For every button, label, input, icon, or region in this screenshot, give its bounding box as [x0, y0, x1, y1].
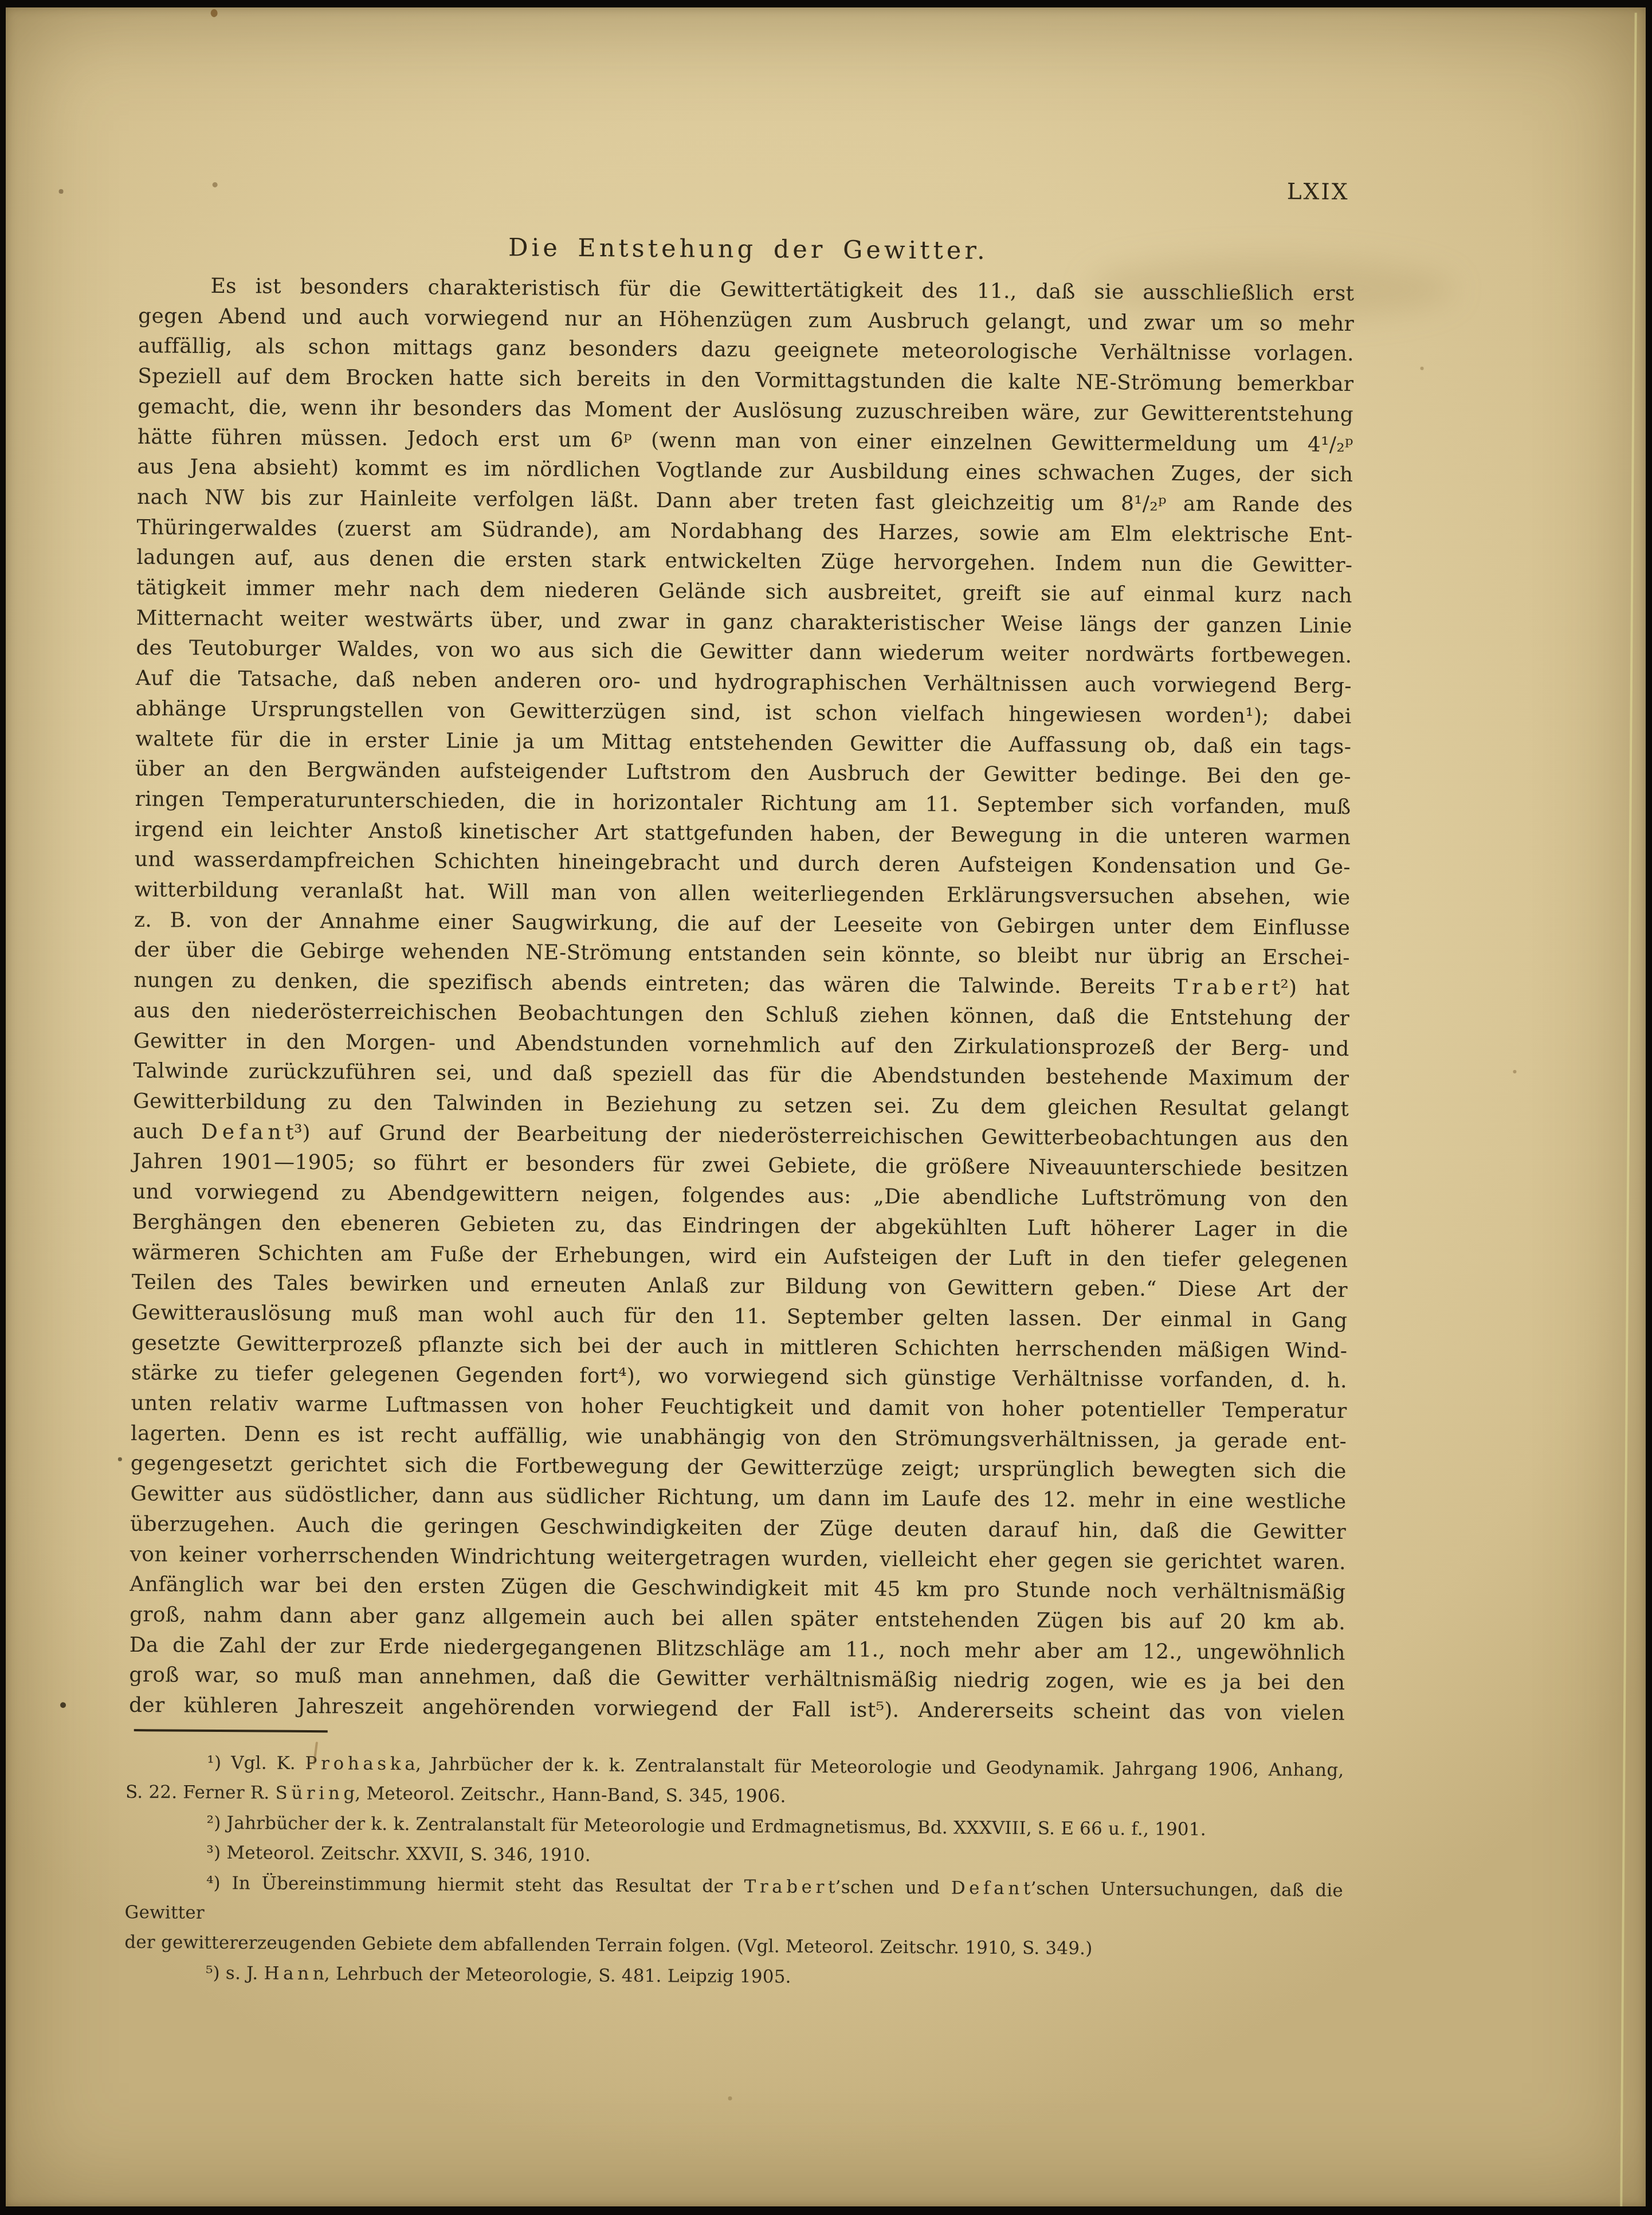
- scanned-page-screenshot: { "colors": { "paper": "#ddcb9c", "ink":…: [0, 0, 1652, 2215]
- scan-edge-line: [1620, 13, 1637, 2206]
- ink-speck: [60, 1702, 66, 1708]
- page-number: LXIX: [144, 171, 1349, 205]
- ink-speck: [118, 1457, 122, 1461]
- ink-speck: [213, 182, 218, 187]
- ink-speck: [728, 2096, 732, 2100]
- page-content: LXIX Die Entstehung der Gewitter. Es ist…: [6, 7, 1646, 2206]
- article-body: Es ist besonders charakteristisch für di…: [129, 271, 1355, 1729]
- ink-speck: [359, 646, 363, 650]
- ink-speck: [1513, 1070, 1516, 1073]
- ink-speck: [211, 9, 218, 17]
- footnote-separator: [134, 1729, 328, 1732]
- footnote-line: ⁴) In Übereinstimmung hiermit steht das …: [124, 1868, 1343, 1936]
- ink-speck: [1421, 367, 1424, 370]
- footnotes-section: ¹) Vgl. K. P r o h a s k a, Jahrbücher d…: [124, 1747, 1344, 1996]
- ink-speck: [59, 189, 64, 194]
- page-frame: LXIX Die Entstehung der Gewitter. Es ist…: [6, 7, 1646, 2206]
- article-title: Die Entstehung der Gewitter.: [142, 231, 1355, 268]
